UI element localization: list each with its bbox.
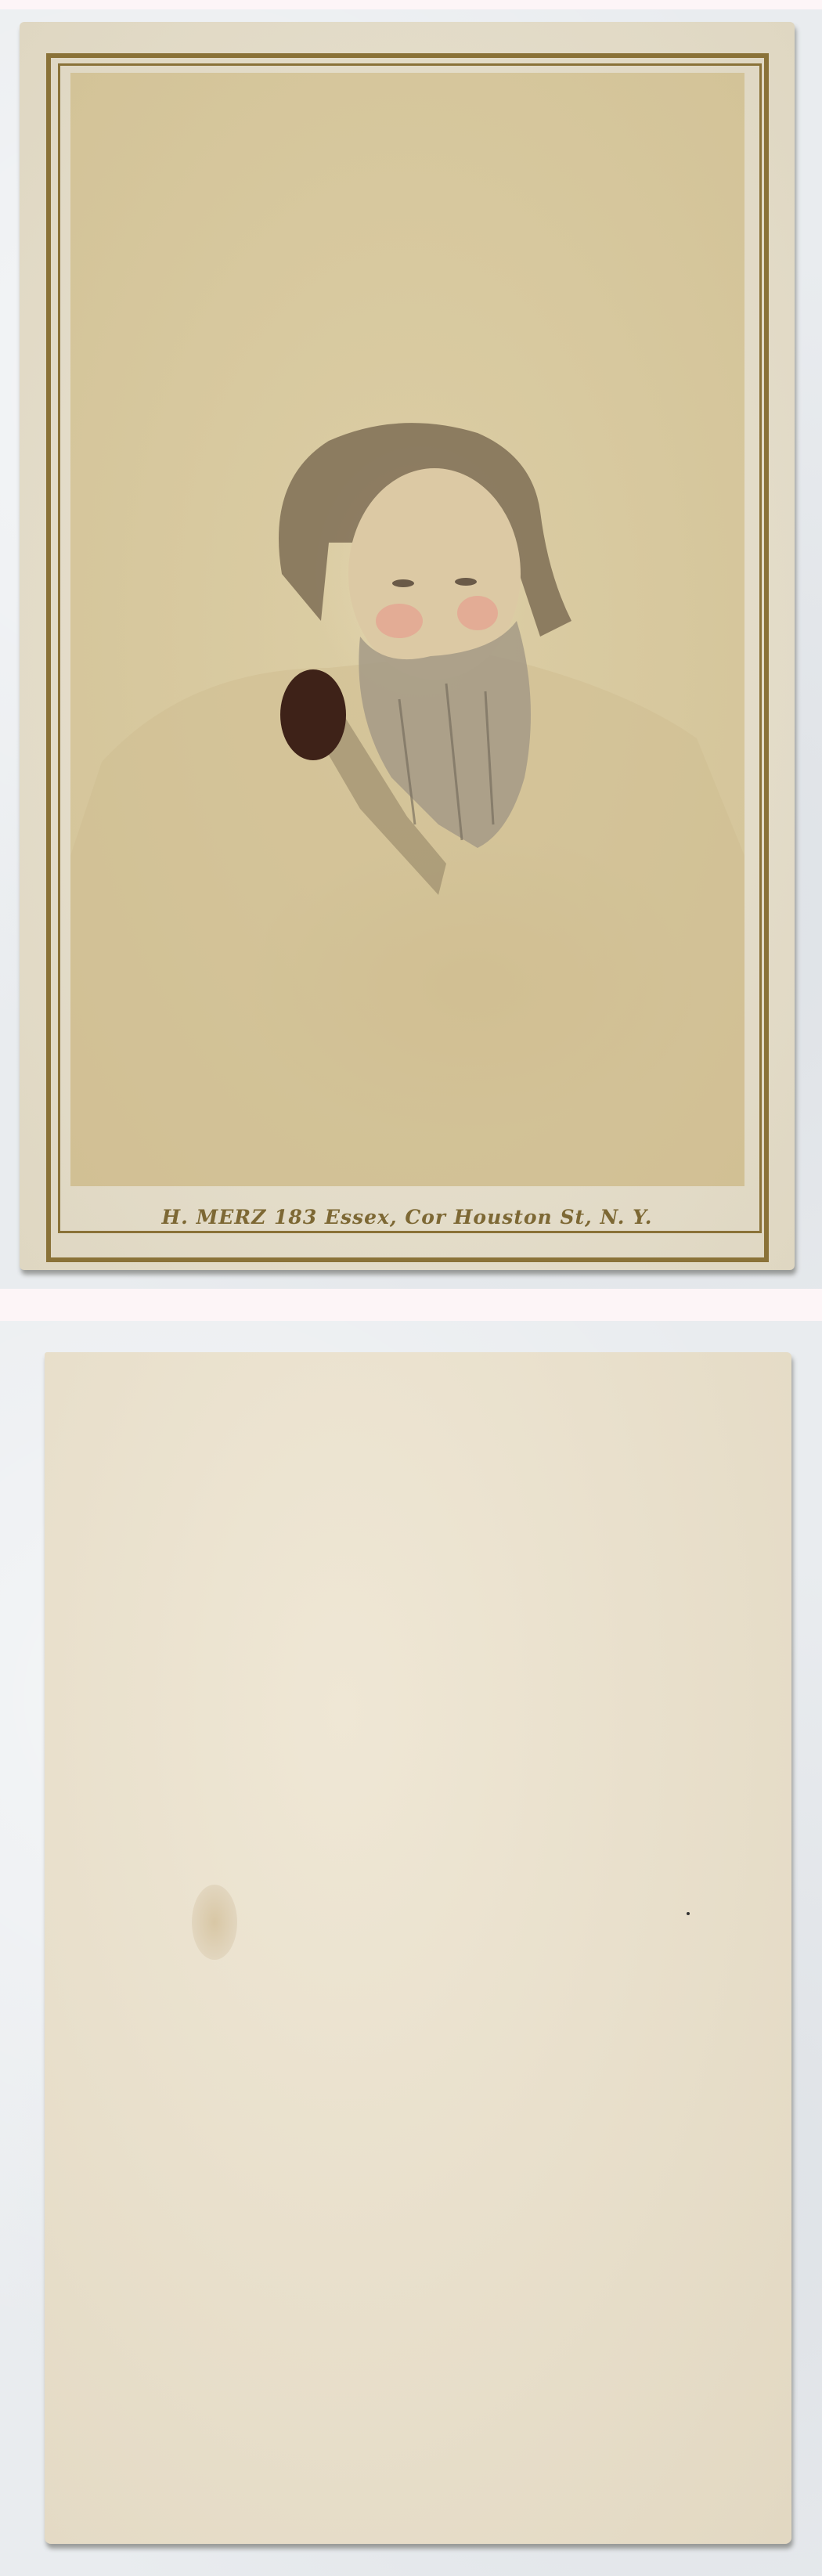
card-back <box>45 1352 791 2544</box>
photographer-imprint: H. MERZ 183 Essex, Cor Houston St, N. Y. <box>20 1206 795 1228</box>
ink-dot <box>687 1912 690 1915</box>
portrait-figure <box>70 73 744 1186</box>
stain-mark <box>192 1885 237 1960</box>
portrait-photo <box>70 73 744 1186</box>
card-front: H. MERZ 183 Essex, Cor Houston St, N. Y. <box>20 22 795 1270</box>
